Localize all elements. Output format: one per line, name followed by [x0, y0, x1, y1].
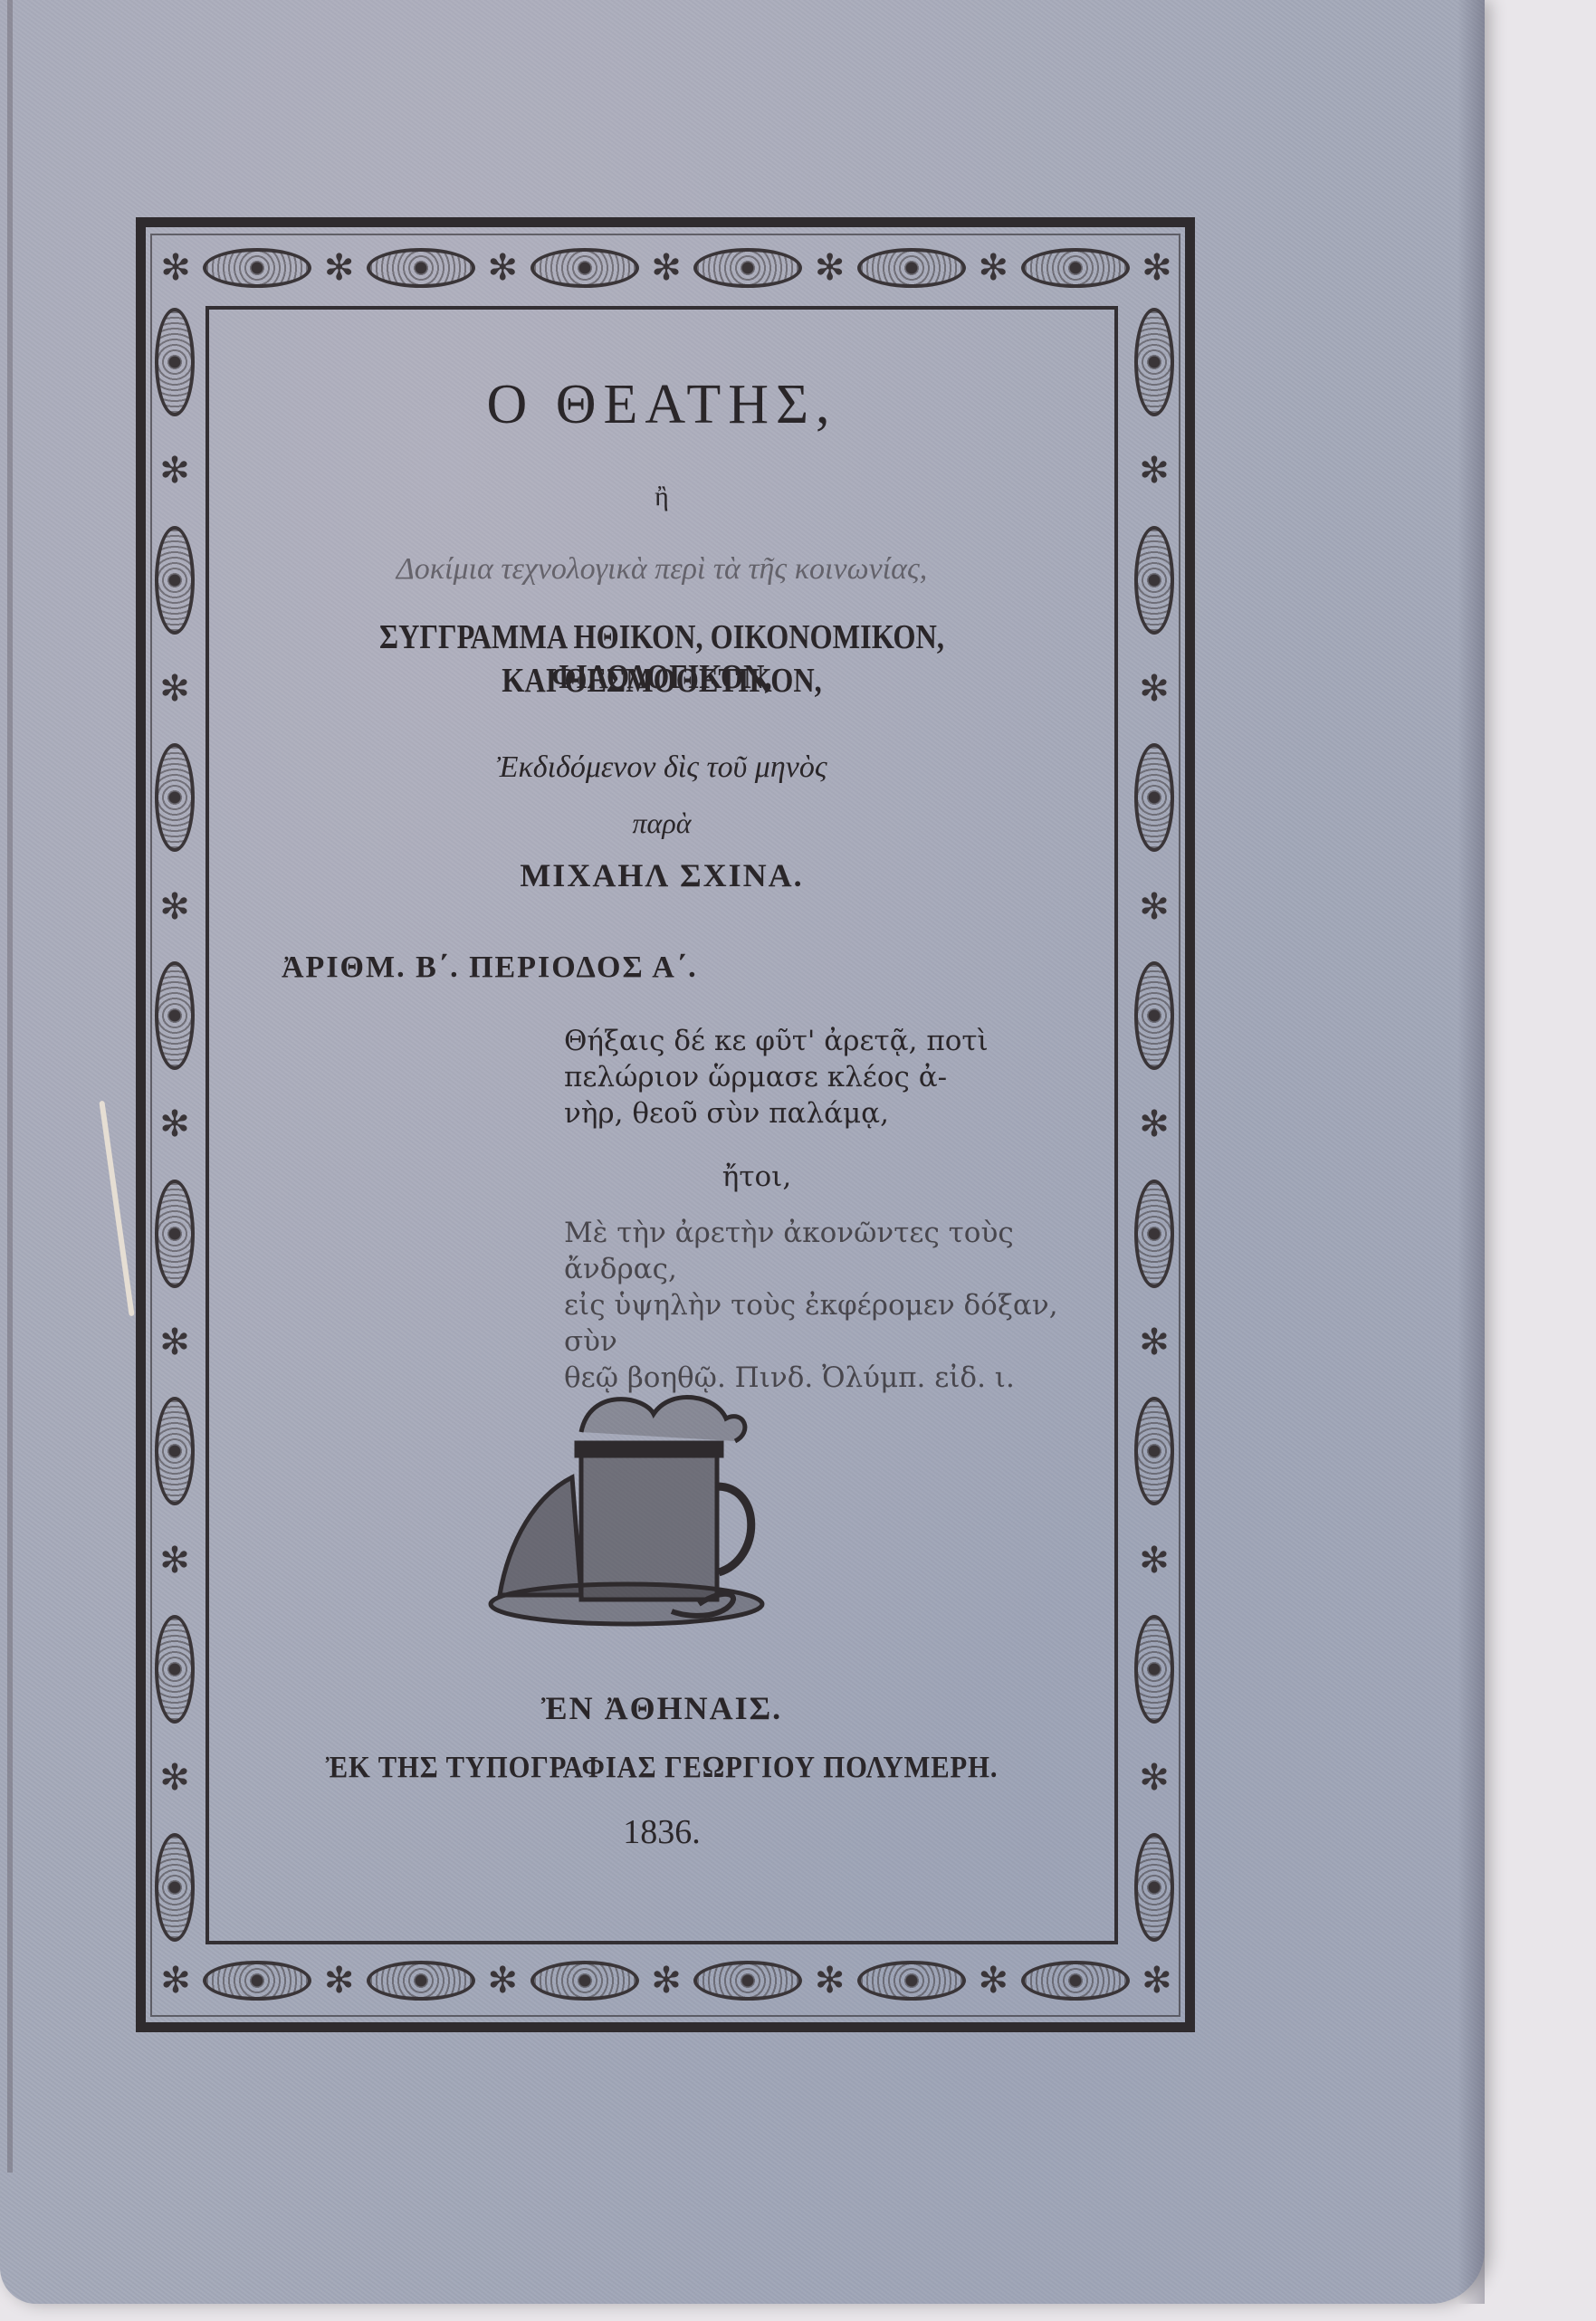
star-rosette-icon: ✻ [1134, 1758, 1174, 1798]
oval-rosette-icon [203, 1961, 311, 2001]
oval-rosette-icon [1134, 308, 1174, 416]
oval-rosette-icon [1134, 961, 1174, 1070]
epigraph-line: Μὲ τὴν ἀρετὴν ἀκονῶντες τοὺς ἄνδρας, [564, 1215, 1107, 1287]
star-rosette-icon: ✻ [1134, 1323, 1174, 1362]
star-rosette-icon: ✻ [155, 1323, 195, 1362]
star-rosette-icon: ✻ [156, 248, 196, 288]
oval-rosette-icon [155, 961, 195, 1070]
oval-rosette-icon [155, 1397, 195, 1505]
issue-number: ἈΡΙΘΜ. Β΄. ΠΕΡΙΟΔΟΣ Α΄. [282, 950, 698, 985]
oval-rosette-icon [1134, 526, 1174, 635]
oval-rosette-icon [155, 1180, 195, 1288]
star-rosette-icon: ✻ [483, 1961, 522, 2001]
oval-rosette-icon [367, 248, 475, 288]
periodical-title: Ο ΘΕΑΤΗΣ, [209, 373, 1114, 437]
star-rosette-icon: ✻ [483, 248, 522, 288]
oval-rosette-icon [203, 248, 311, 288]
star-rosette-icon: ✻ [1137, 248, 1177, 288]
oval-rosette-icon [1134, 1833, 1174, 1942]
oval-rosette-icon [530, 248, 639, 288]
epigraph-greek: Θήξαις δέ κε φῦτ' ἀρετᾷ, ποτὶ πελώριον ὥ… [564, 1023, 1071, 1132]
oval-rosette-icon [155, 526, 195, 635]
star-rosette-icon: ✻ [320, 248, 359, 288]
star-rosette-icon: ✻ [155, 669, 195, 709]
epigraph-translation: Μὲ τὴν ἀρετὴν ἀκονῶντες τοὺς ἄνδρας, εἰς… [564, 1215, 1107, 1396]
star-rosette-icon: ✻ [810, 248, 850, 288]
star-rosette-icon: ✻ [156, 1961, 196, 2001]
star-rosette-icon: ✻ [155, 1758, 195, 1798]
star-rosette-icon: ✻ [155, 1541, 195, 1581]
star-rosette-icon: ✻ [155, 451, 195, 491]
publication-frequency: Ἐκδιδόμενον δὶς τοῦ μηνὸς [209, 750, 1114, 785]
oval-rosette-icon [1021, 1961, 1130, 2001]
oval-rosette-icon [1134, 1180, 1174, 1288]
star-rosette-icon: ✻ [810, 1961, 850, 2001]
star-rosette-icon: ✻ [320, 1961, 359, 2001]
left-ornament-band: ✻ ✻ ✻ ✻ ✻ ✻ ✻ [152, 308, 197, 1942]
star-rosette-icon: ✻ [155, 887, 195, 927]
spine-fold [7, 0, 13, 2173]
oval-rosette-icon [693, 1961, 802, 2001]
star-rosette-icon: ✻ [646, 248, 686, 288]
title-page-content: Ο ΘΕΑΤΗΣ, ἢ Δοκίμια τεχνολογικὰ περὶ τὰ … [209, 310, 1114, 1941]
star-rosette-icon: ✻ [1134, 451, 1174, 491]
oval-rosette-icon [367, 1961, 475, 2001]
right-ornament-band: ✻ ✻ ✻ ✻ ✻ ✻ ✻ [1132, 308, 1177, 1942]
oval-rosette-icon [1021, 248, 1130, 288]
oval-rosette-icon [857, 1961, 966, 2001]
tankard-vignette-icon [482, 1378, 771, 1631]
epigraph-connector: ἤτοι, [209, 1160, 1114, 1193]
title-conjunction: ἢ [209, 482, 1114, 512]
oval-rosette-icon [1134, 1615, 1174, 1724]
oval-rosette-icon [693, 248, 802, 288]
epigraph-line: εἰς ὑψηλὴν τοὺς ἐκφέρομεν δόξαν, σὺν [564, 1287, 1107, 1360]
by-label: παρὰ [209, 807, 1114, 840]
imprint-printer: ἘΚ ΤΗΣ ΤΥΠΟΓΡΑΦΙΑΣ ΓΕΩΡΓΙΟΥ ΠΟΛΥΜΕΡΗ. [254, 1751, 1069, 1785]
star-rosette-icon: ✻ [1134, 1104, 1174, 1144]
paper-cover: ✻ ✻ ✻ ✻ ✻ ✻ ✻ ✻ ✻ ✻ ✻ ✻ ✻ ✻ ✻ ✻ ✻ [0, 0, 1485, 2304]
oval-rosette-icon [155, 743, 195, 852]
oval-rosette-icon [1134, 1397, 1174, 1505]
oval-rosette-icon [530, 1961, 639, 2001]
subtitle: Δοκίμια τεχνολογικὰ περὶ τὰ τῆς κοινωνία… [209, 552, 1114, 587]
epigraph-line: πελώριον ὥρμασε κλέος ἀ- [564, 1059, 1071, 1095]
epigraph-line: νὴρ, θεοῦ σὺν παλάμᾳ, [564, 1095, 1071, 1132]
star-rosette-icon: ✻ [1134, 887, 1174, 927]
oval-rosette-icon [155, 308, 195, 416]
binding-thread [99, 1101, 134, 1316]
imprint-place: ἘΝ ἈΘΗΝΑΙΣ. [209, 1689, 1114, 1727]
star-rosette-icon: ✻ [155, 1104, 195, 1144]
oval-rosette-icon [857, 248, 966, 288]
imprint-year: 1836. [209, 1812, 1114, 1852]
author-name: ΜΙΧΑΗΛ ΣΧΙΝΑ. [209, 856, 1114, 894]
star-rosette-icon: ✻ [973, 1961, 1013, 2001]
star-rosette-icon: ✻ [1137, 1961, 1177, 2001]
top-ornament-band: ✻ ✻ ✻ ✻ ✻ ✻ ✻ [156, 243, 1177, 293]
star-rosette-icon: ✻ [1134, 1541, 1174, 1581]
star-rosette-icon: ✻ [1134, 669, 1174, 709]
star-rosette-icon: ✻ [646, 1961, 686, 2001]
star-rosette-icon: ✻ [973, 248, 1013, 288]
oval-rosette-icon [1134, 743, 1174, 852]
oval-rosette-icon [155, 1615, 195, 1724]
oval-rosette-icon [155, 1833, 195, 1942]
bottom-ornament-band: ✻ ✻ ✻ ✻ ✻ ✻ ✻ [156, 1955, 1177, 2006]
description-line-2: ΚΑΙ ΘΕΣΜΟΘΕΤΙΚΟΝ, [277, 661, 1046, 701]
epigraph-line: Θήξαις δέ κε φῦτ' ἀρετᾷ, ποτὶ [564, 1023, 1071, 1059]
